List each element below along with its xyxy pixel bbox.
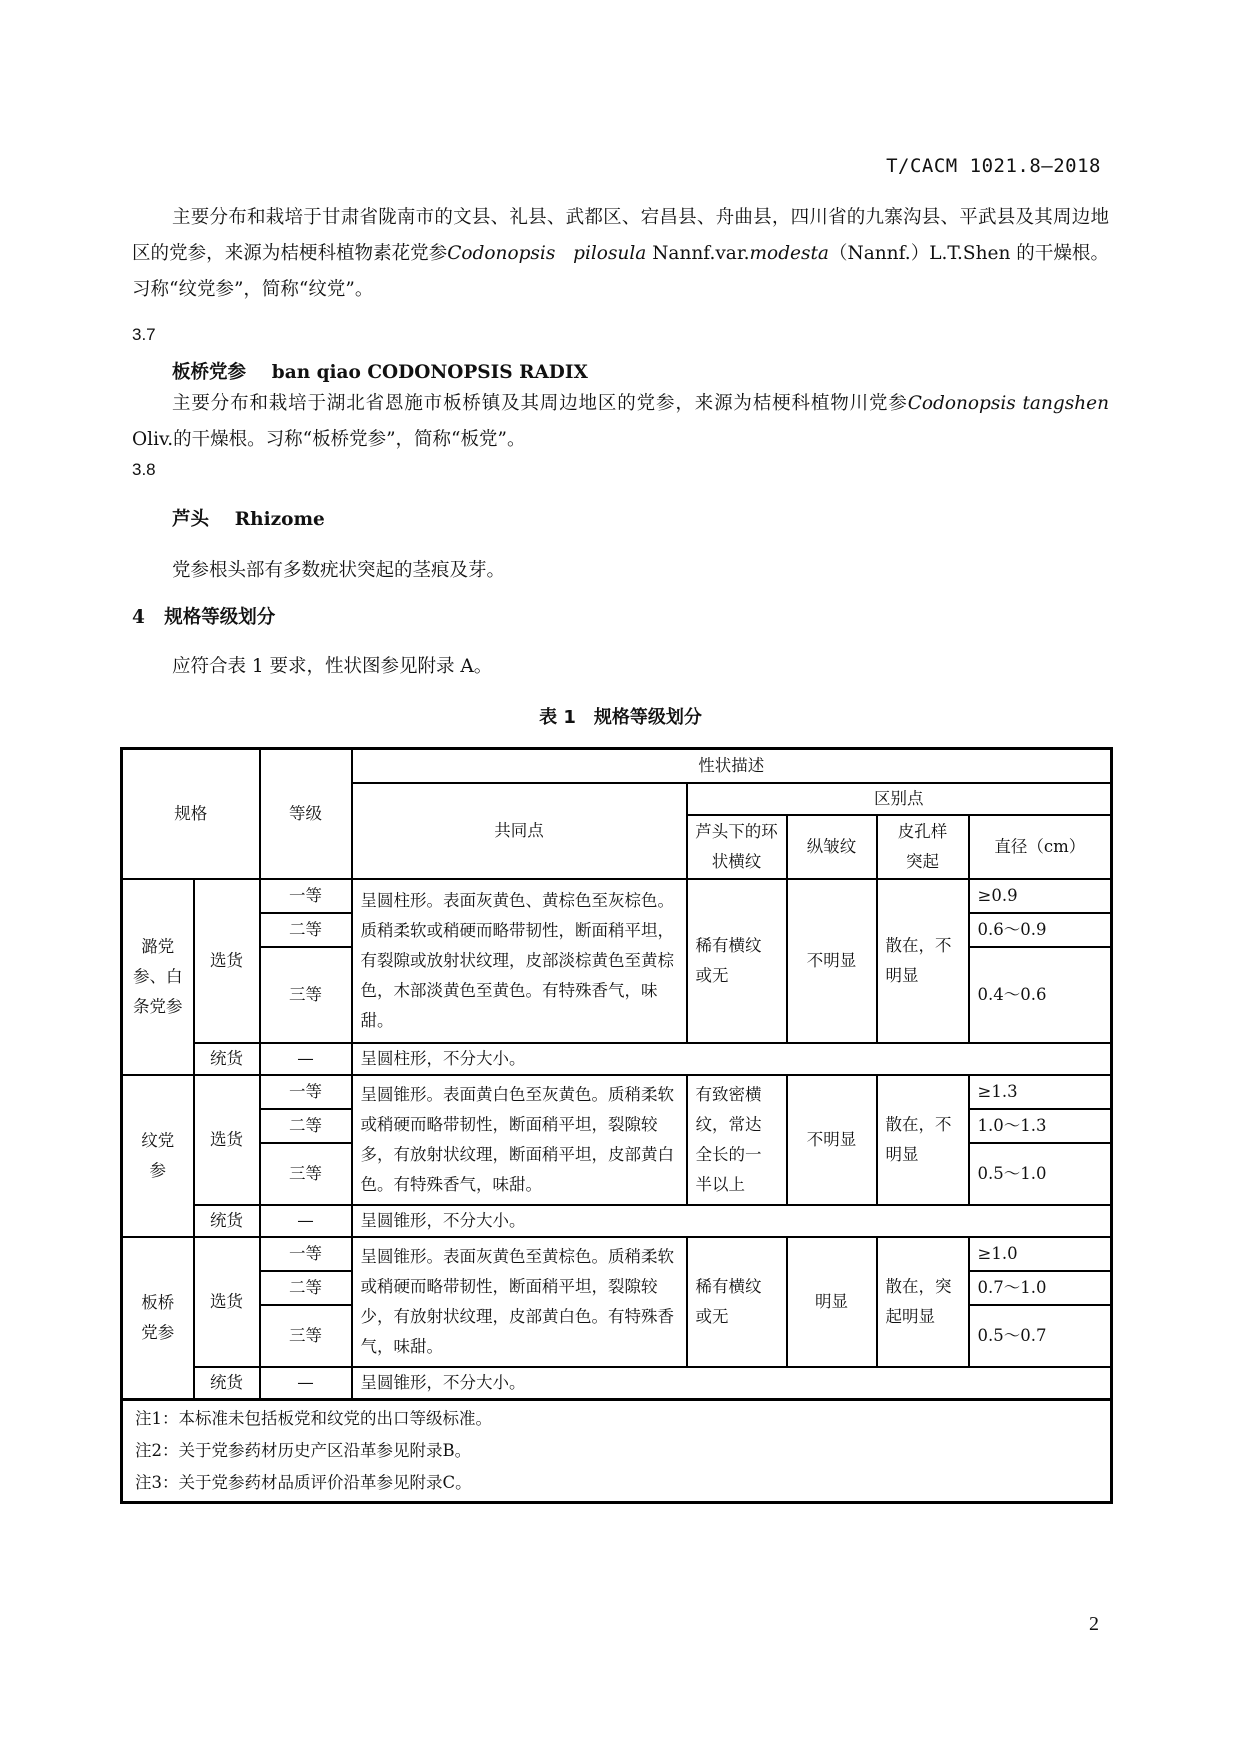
section-3-7-body: 主要分布和栽培于湖北省恩施市板桥镇及其周边地区的党参，来源为桔梗科植物川党参Co… bbox=[132, 386, 1109, 458]
term-rhizome: 芦头 Rhizome bbox=[172, 505, 325, 535]
table-row: 潞党参、白条党参 选货 一等 呈圆柱形。表面灰黄色、黄棕色至灰棕色。质稍柔软或稍… bbox=[122, 879, 1112, 913]
table-notes: 注1：本标准未包括板党和纹党的出口等级标准。 注2：关于党参药材历史产区沿革参见… bbox=[122, 1399, 1112, 1502]
ring-pattern-cell: 有致密横纹，常达全长的一半以上 bbox=[687, 1075, 787, 1205]
table-row: 纹党参 选货 一等 呈圆锥形。表面黄白色至灰黄色。质稍柔软或稍硬而略带韧性，断面… bbox=[122, 1075, 1112, 1109]
header-lenticels: 皮孔样突起 bbox=[877, 815, 969, 879]
section-4-heading: 4 规格等级划分 bbox=[132, 603, 275, 633]
diameter-cell: 0.5～1.0 bbox=[969, 1143, 1112, 1205]
common-cell: 呈圆锥形。表面黄白色至灰黄色。质稍柔软或稍硬而略带韧性，断面稍平坦，裂隙较多，有… bbox=[352, 1075, 687, 1205]
note-2: 注2：关于党参药材历史产区沿革参见附录B。 bbox=[129, 1435, 1104, 1467]
header-spec: 规格 bbox=[122, 749, 260, 879]
wrinkles-cell: 不明显 bbox=[787, 1075, 877, 1205]
section-number-3-7: 3.7 bbox=[132, 320, 156, 350]
wrinkles-cell: 不明显 bbox=[787, 879, 877, 1043]
grade-cell: 一等 bbox=[260, 1075, 352, 1109]
bulk-grade: — bbox=[260, 1205, 352, 1237]
lenticels-cell: 散在，不明显 bbox=[877, 879, 969, 1043]
diameter-cell: ≥0.9 bbox=[969, 879, 1112, 913]
note-3: 注3：关于党参药材品质评价沿革参见附录C。 bbox=[129, 1467, 1104, 1499]
spec-cell: 板桥党参 bbox=[122, 1237, 194, 1400]
header-grade: 等级 bbox=[260, 749, 352, 879]
table-row: 统货 — 呈圆锥形，不分大小。 bbox=[122, 1367, 1112, 1400]
bulk-label: 统货 bbox=[194, 1367, 260, 1400]
grade-cell: 二等 bbox=[260, 913, 352, 947]
bulk-label: 统货 bbox=[194, 1043, 260, 1075]
table-caption: 表 1 规格等级划分 bbox=[0, 703, 1241, 729]
bulk-grade: — bbox=[260, 1367, 352, 1400]
ring-pattern-cell: 稀有横纹或无 bbox=[687, 879, 787, 1043]
grade-cell: 三等 bbox=[260, 947, 352, 1043]
diameter-cell: ≥1.3 bbox=[969, 1075, 1112, 1109]
header-difference: 区别点 bbox=[687, 783, 1112, 815]
standard-code: T/CACM 1021.8—2018 bbox=[886, 155, 1101, 177]
grade-cell: 三等 bbox=[260, 1305, 352, 1367]
lenticels-cell: 散在，不明显 bbox=[877, 1075, 969, 1205]
selected-label: 选货 bbox=[194, 879, 260, 1043]
grade-cell: 三等 bbox=[260, 1143, 352, 1205]
diameter-cell: 0.4～0.6 bbox=[969, 947, 1112, 1043]
page-number: 2 bbox=[1089, 1613, 1099, 1636]
section-3-6-body: 主要分布和栽培于甘肃省陇南市的文县、礼县、武都区、宕昌县、舟曲县，四川省的九寨沟… bbox=[132, 200, 1109, 308]
ring-pattern-cell: 稀有横纹或无 bbox=[687, 1237, 787, 1367]
common-cell: 呈圆锥形。表面灰黄色至黄棕色。质稍柔软或稍硬而略带韧性，断面稍平坦，裂隙较少，有… bbox=[352, 1237, 687, 1367]
section-number-3-8: 3.8 bbox=[132, 455, 156, 485]
table-row: 板桥党参 选货 一等 呈圆锥形。表面灰黄色至黄棕色。质稍柔软或稍硬而略带韧性，断… bbox=[122, 1237, 1112, 1271]
bulk-desc: 呈圆锥形，不分大小。 bbox=[352, 1367, 1112, 1400]
wrinkles-cell: 明显 bbox=[787, 1237, 877, 1367]
table-row: 统货 — 呈圆锥形，不分大小。 bbox=[122, 1205, 1112, 1237]
grade-cell: 一等 bbox=[260, 1237, 352, 1271]
grading-table: 规格 等级 性状描述 共同点 区别点 芦头下的环状横纹 纵皱纹 皮孔样突起 直径… bbox=[120, 747, 1113, 1504]
grade-cell: 一等 bbox=[260, 879, 352, 913]
bulk-desc: 呈圆柱形，不分大小。 bbox=[352, 1043, 1112, 1075]
header-ring-pattern: 芦头下的环状横纹 bbox=[687, 815, 787, 879]
header-diameter: 直径（cm） bbox=[969, 815, 1112, 879]
header-wrinkles: 纵皱纹 bbox=[787, 815, 877, 879]
diameter-cell: 1.0～1.3 bbox=[969, 1109, 1112, 1143]
header-common: 共同点 bbox=[352, 783, 687, 879]
selected-label: 选货 bbox=[194, 1075, 260, 1205]
term-banqiao-dangshen: 板桥党参 ban qiao CODONOPSIS RADIX bbox=[172, 358, 588, 388]
diameter-cell: 0.5～0.7 bbox=[969, 1305, 1112, 1367]
selected-label: 选货 bbox=[194, 1237, 260, 1367]
lenticels-cell: 散在，突起明显 bbox=[877, 1237, 969, 1367]
spec-cell: 纹党参 bbox=[122, 1075, 194, 1237]
diameter-cell: 0.7～1.0 bbox=[969, 1271, 1112, 1305]
header-description: 性状描述 bbox=[352, 749, 1112, 783]
grade-cell: 二等 bbox=[260, 1271, 352, 1305]
bulk-label: 统货 bbox=[194, 1205, 260, 1237]
diameter-cell: 0.6～0.9 bbox=[969, 913, 1112, 947]
grade-cell: 二等 bbox=[260, 1109, 352, 1143]
diameter-cell: ≥1.0 bbox=[969, 1237, 1112, 1271]
bulk-desc: 呈圆锥形，不分大小。 bbox=[352, 1205, 1112, 1237]
section-3-8-body: 党参根头部有多数疣状突起的茎痕及芽。 bbox=[172, 556, 505, 586]
note-1: 注1：本标准未包括板党和纹党的出口等级标准。 bbox=[129, 1403, 1104, 1435]
section-4-body: 应符合表 1 要求，性状图参见附录 A。 bbox=[172, 652, 492, 682]
bulk-grade: — bbox=[260, 1043, 352, 1075]
common-cell: 呈圆柱形。表面灰黄色、黄棕色至灰棕色。质稍柔软或稍硬而略带韧性，断面稍平坦，有裂… bbox=[352, 879, 687, 1043]
spec-cell: 潞党参、白条党参 bbox=[122, 879, 194, 1075]
table-row: 统货 — 呈圆柱形，不分大小。 bbox=[122, 1043, 1112, 1075]
